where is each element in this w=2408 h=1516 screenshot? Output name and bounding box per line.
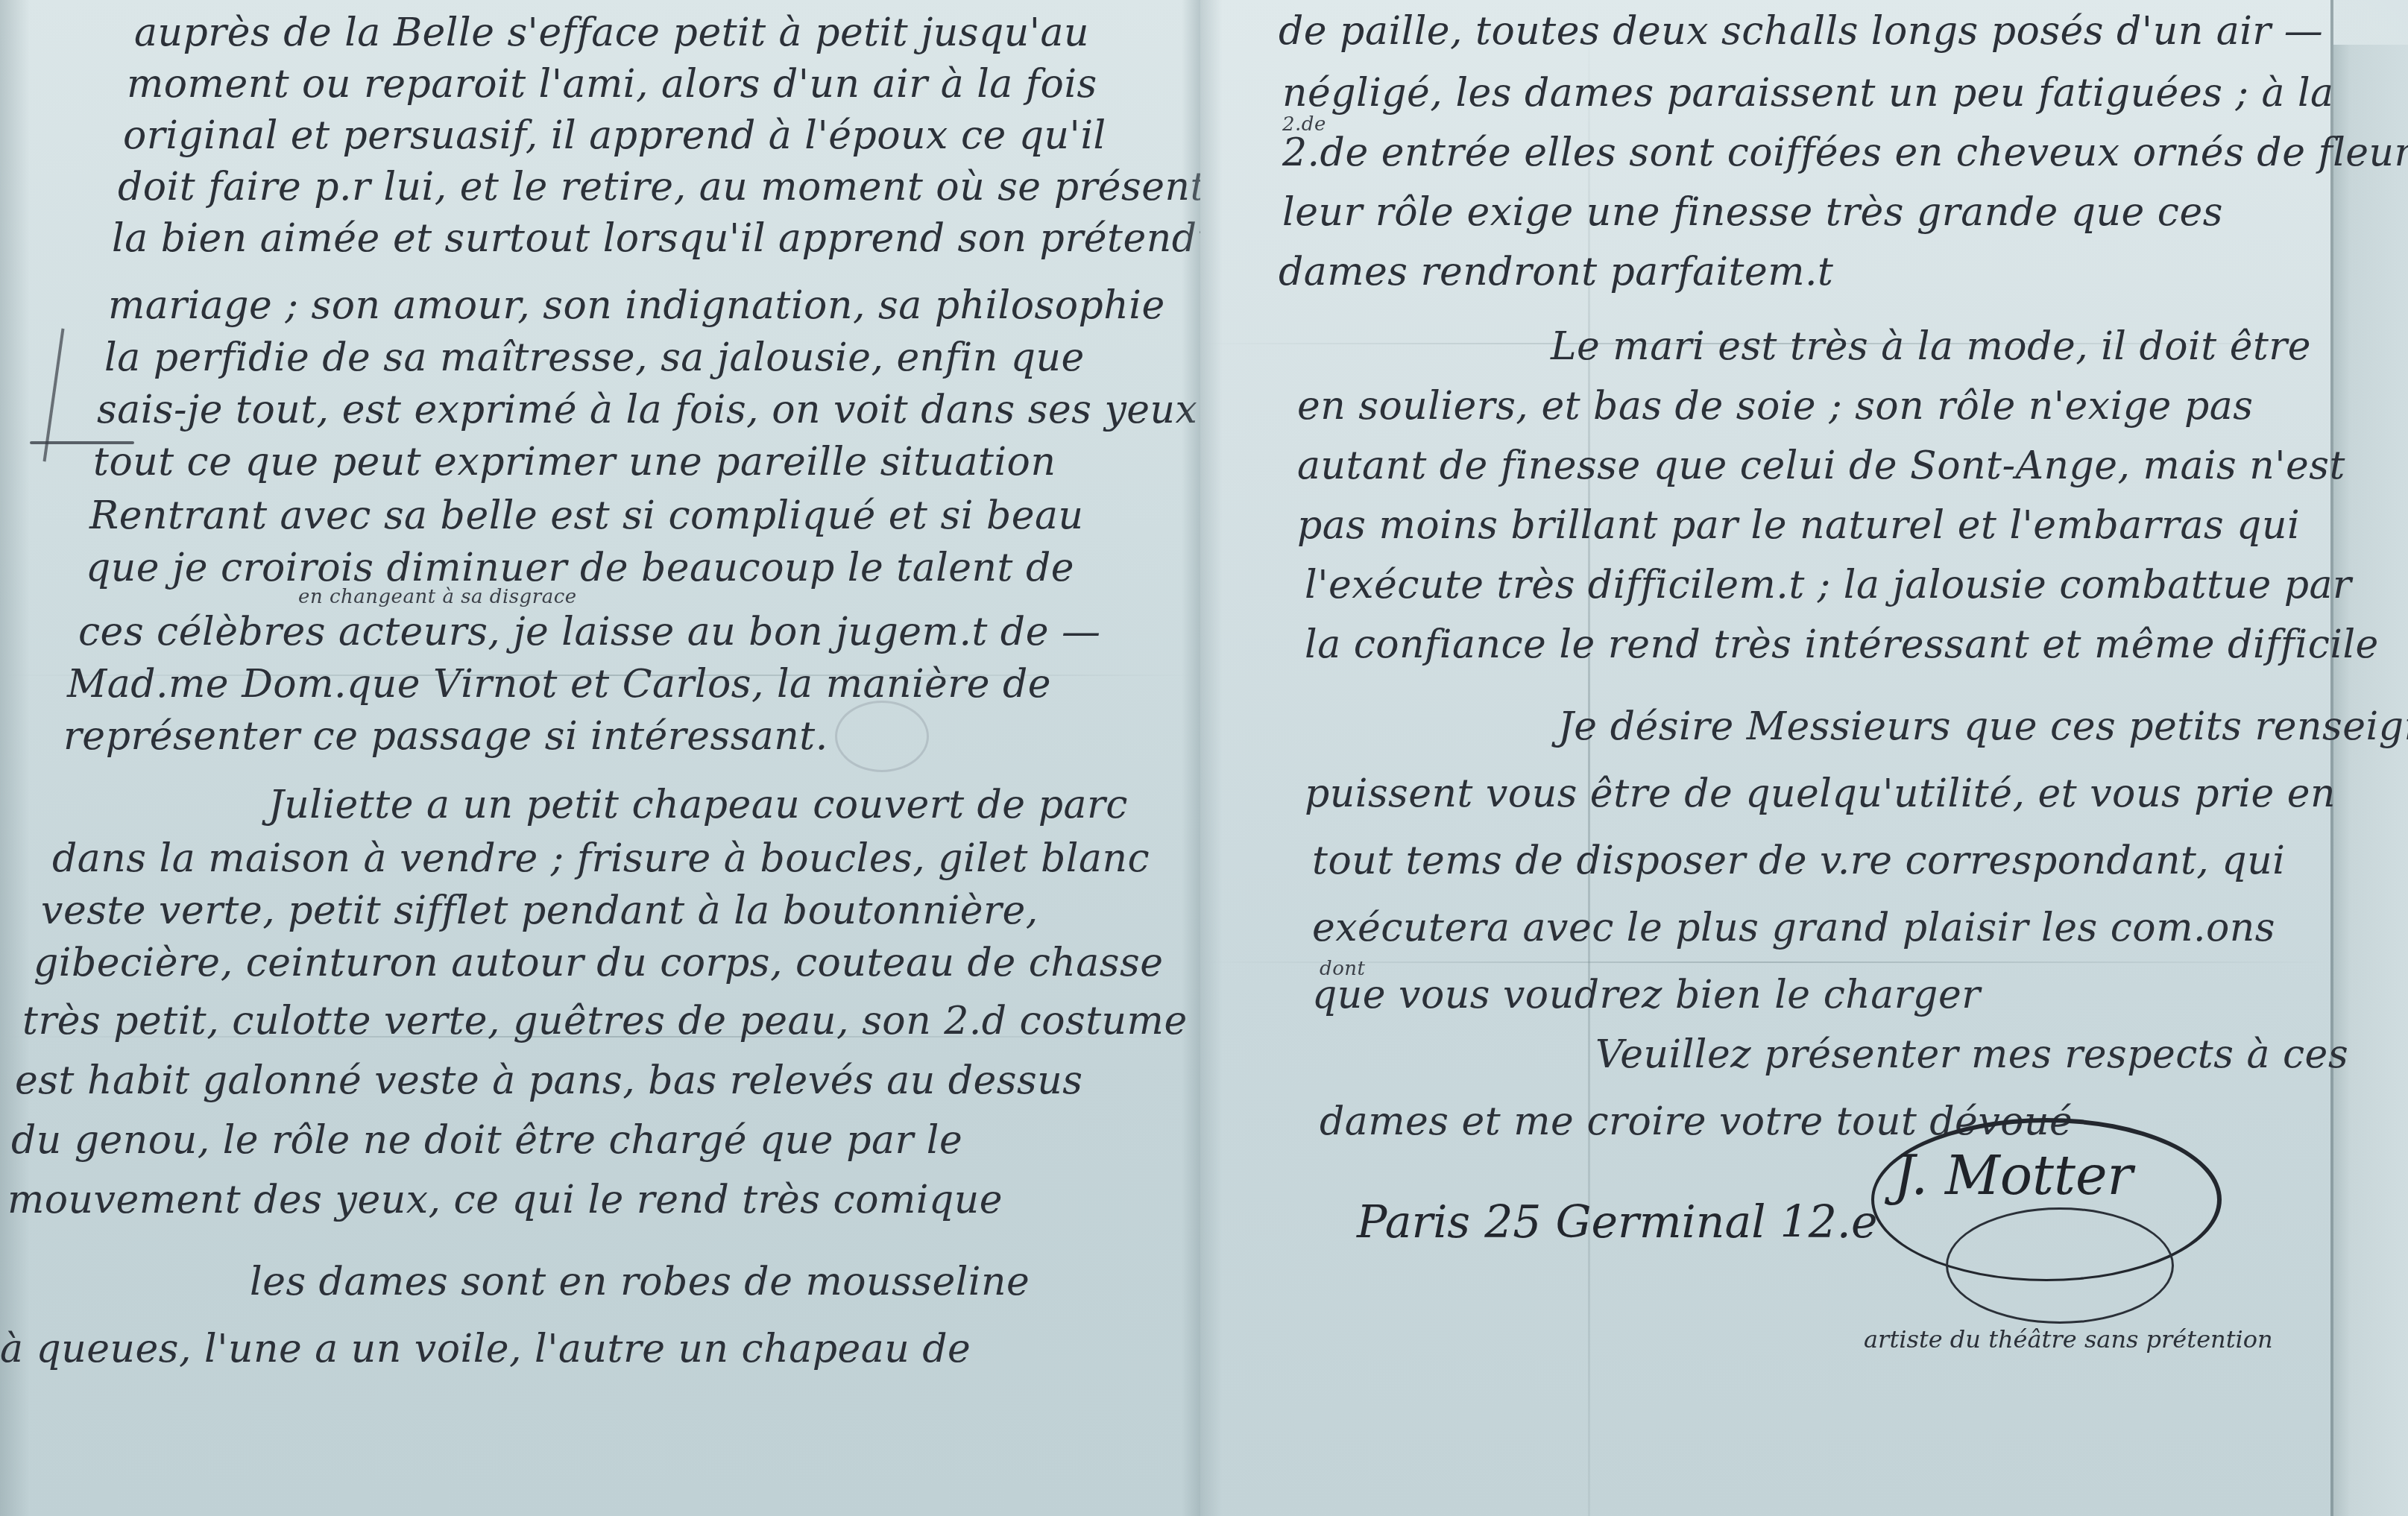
right-line-16: que vous voudrez bien le charger	[1312, 973, 1981, 1017]
left-line-17: veste verte, petit sifflet pendant à la …	[41, 888, 1038, 933]
right-line-17: Veuillez présenter mes respects à ces	[1595, 1032, 2348, 1077]
left-line-2: moment ou reparoit l'ami, alors d'un air…	[127, 62, 1097, 107]
right-line-12: Je désire Messieurs que ces petits rense…	[1558, 704, 2408, 749]
left-line-10: Rentrant avec sa belle est si compliqué …	[89, 493, 1083, 538]
left-line-20: est habit galonné veste à pans, bas rele…	[15, 1058, 1082, 1103]
left-page: auprès de la Belle s'efface petit à peti…	[0, 0, 1200, 1516]
right-line-2: négligé, les dames paraissent un peu fat…	[1282, 71, 2334, 116]
faint-stamp	[835, 701, 929, 772]
letter-photograph: auprès de la Belle s'efface petit à peti…	[0, 0, 2408, 1516]
right-line-15: exécutera avec le plus grand plaisir les…	[1312, 906, 2275, 950]
right-line-4: leur rôle exige une finesse très grande …	[1282, 190, 2223, 235]
left-line-1: auprès de la Belle s'efface petit à peti…	[134, 10, 1089, 55]
left-line-12: ces célèbres acteurs, je laisse au bon j…	[78, 610, 1100, 654]
left-line-18: gibecière, ceinturon autour du corps, co…	[34, 941, 1163, 985]
left-line-5: la bien aimée et surtout lorsqu'il appre…	[112, 216, 1222, 261]
signature: J. Motter	[1894, 1144, 2133, 1207]
left-line-6: mariage ; son amour, son indignation, sa…	[108, 283, 1165, 328]
right-line-9: pas moins brillant par le naturel et l'e…	[1297, 503, 2300, 548]
place-date: Paris 25 Germinal 12.e	[1357, 1196, 1877, 1248]
left-line-16: dans la maison à vendre ; frisure à bouc…	[52, 836, 1150, 881]
signature-caption: artiste du théâtre sans prétention	[1864, 1325, 2273, 1354]
right-line-7: en souliers, et bas de soie ; son rôle n…	[1297, 384, 2253, 429]
right-line-13: puissent vous être de quelqu'utilité, et…	[1305, 771, 2336, 816]
left-line-23: les dames sont en robes de mousseline	[250, 1260, 1030, 1304]
right-line-10: l'exécute très difficilem.t ; la jalousi…	[1305, 563, 2351, 607]
right-line-5: dames rendront parfaitem.t	[1279, 250, 1834, 294]
right-line-1: de paille, toutes deux schalls longs pos…	[1279, 9, 2323, 54]
left-line-3: original et persuasif, il apprend à l'ép…	[123, 113, 1106, 158]
left-line-22: mouvement des yeux, ce qui le rend très …	[7, 1178, 1003, 1222]
left-line-13: Mad.me Dom.que Virnot et Carlos, la mani…	[67, 662, 1051, 707]
right-line-14: tout tems de disposer de v.re correspond…	[1312, 838, 2285, 883]
left-line-7: la perfidie de sa maîtresse, sa jalousie…	[104, 335, 1085, 380]
fold-line	[1200, 961, 2330, 963]
back-sheet	[2324, 45, 2408, 1516]
left-line-19: très petit, culotte verte, guêtres de pe…	[22, 999, 1188, 1043]
right-line-11: la confiance le rend très intéressant et…	[1305, 622, 2379, 667]
right-line-6: Le mari est très à la mode, il doit être	[1551, 324, 2311, 369]
left-line-9: tout ce que peut exprimer une pareille s…	[93, 440, 1056, 484]
signature-flourish	[1946, 1207, 2174, 1324]
right-line-8: autant de finesse que celui de Sont-Ange…	[1297, 443, 2345, 488]
right-page: de paille, toutes deux schalls longs pos…	[1200, 0, 2333, 1516]
left-line-14: représenter ce passage si intéressant.	[63, 714, 828, 759]
right-line-3: 2.de entrée elles sont coiffées en cheve…	[1282, 130, 2408, 175]
left-line-21: du genou, le rôle ne doit être chargé qu…	[11, 1118, 962, 1163]
left-line-11: que je croirois diminuer de beaucoup le …	[86, 546, 1074, 590]
left-line-8: sais-je tout, est exprimé à la fois, on …	[97, 388, 1197, 432]
left-line-24: à queues, l'une a un voile, l'autre un c…	[0, 1327, 971, 1371]
left-line-15: Juliette a un petit chapeau couvert de p…	[268, 783, 1128, 827]
left-line-4: doit faire p.r lui, et le retire, au mom…	[118, 165, 1229, 209]
interlinear-note: en changeant à sa disgrace	[298, 586, 577, 608]
